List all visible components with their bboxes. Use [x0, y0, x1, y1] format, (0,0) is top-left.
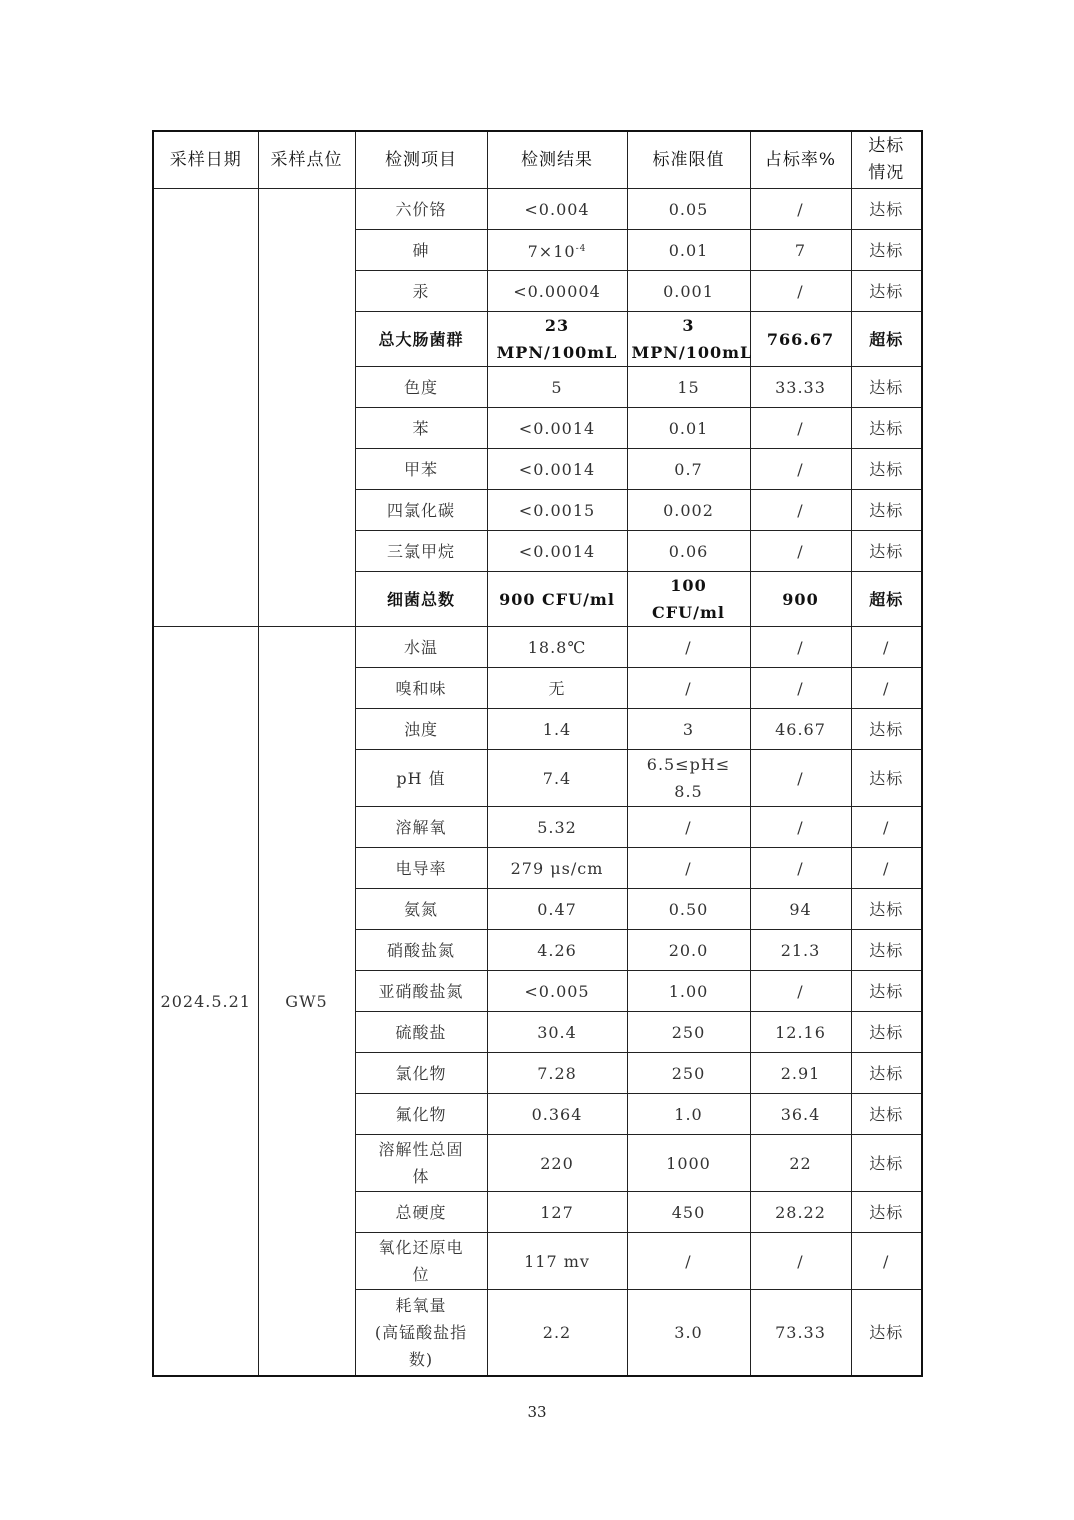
item-cell: 电导率: [355, 848, 487, 889]
result-cell: <0.0014: [487, 449, 627, 490]
ratio-cell: /: [750, 1233, 851, 1290]
header-compliance-line2: 情况: [868, 163, 904, 183]
result-cell: 0.47: [487, 889, 627, 930]
status-cell: 达标: [851, 230, 922, 271]
table-row: 2024.5.21 GW5 水温 18.8℃ / / /: [153, 627, 922, 668]
item-cell: 四氯化碳: [355, 490, 487, 531]
limit-cell: 3.0: [627, 1290, 750, 1377]
result-cell: 7.28: [487, 1053, 627, 1094]
item-cell: pH 值: [355, 750, 487, 807]
header-sampling-site: 采样点位: [258, 131, 355, 189]
limit-cell: /: [627, 627, 750, 668]
item-line3: 数): [409, 1350, 433, 1369]
ratio-cell: 766.67: [750, 312, 851, 367]
limit-cell: 1.00: [627, 971, 750, 1012]
ratio-cell: 36.4: [750, 1094, 851, 1135]
item-cell: 氯化物: [355, 1053, 487, 1094]
limit-line2: 8.5: [674, 782, 702, 801]
item-cell: 总硬度: [355, 1192, 487, 1233]
limit-cell: /: [627, 848, 750, 889]
status-cell: 达标: [851, 490, 922, 531]
status-cell: 超标: [851, 572, 922, 627]
result-cell: <0.00004: [487, 271, 627, 312]
item-line1: 耗氧量: [395, 1296, 446, 1315]
ratio-cell: /: [750, 807, 851, 848]
item-cell: 六价铬: [355, 189, 487, 230]
item-cell: 溶解性总固体: [355, 1135, 487, 1192]
header-standard-limit: 标准限值: [627, 131, 750, 189]
status-cell: 达标: [851, 1094, 922, 1135]
item-cell: 汞: [355, 271, 487, 312]
header-compliance: 达标情况: [851, 131, 922, 189]
result-cell: 4.26: [487, 930, 627, 971]
result-cell: 23 MPN/100mL: [487, 312, 627, 367]
header-test-item: 检测项目: [355, 131, 487, 189]
status-cell: 达标: [851, 1012, 922, 1053]
limit-cell: 100 CFU/ml: [627, 572, 750, 627]
ratio-cell: /: [750, 189, 851, 230]
result-cell: <0.005: [487, 971, 627, 1012]
status-cell: 达标: [851, 1192, 922, 1233]
item-cell: 嗅和味: [355, 668, 487, 709]
item-cell: 氨氮: [355, 889, 487, 930]
ratio-cell: 12.16: [750, 1012, 851, 1053]
limit-cell: 0.01: [627, 230, 750, 271]
result-cell: <0.0014: [487, 531, 627, 572]
status-cell: /: [851, 848, 922, 889]
ratio-cell: /: [750, 531, 851, 572]
ratio-cell: /: [750, 750, 851, 807]
limit-cell: 6.5≤pH≤8.5: [627, 750, 750, 807]
status-cell: 达标: [851, 449, 922, 490]
status-cell: 达标: [851, 367, 922, 408]
limit-cell: 15: [627, 367, 750, 408]
item-cell: 三氯甲烷: [355, 531, 487, 572]
result-cell: 18.8℃: [487, 627, 627, 668]
result-cell: 220: [487, 1135, 627, 1192]
sampling-date-cell: 2024.5.21: [153, 627, 258, 1377]
limit-cell: 0.002: [627, 490, 750, 531]
result-cell: 5: [487, 367, 627, 408]
item-cell: 砷: [355, 230, 487, 271]
result-cell: 30.4: [487, 1012, 627, 1053]
status-cell: 超标: [851, 312, 922, 367]
limit-cell: 3: [627, 709, 750, 750]
item-line2: 位: [412, 1265, 429, 1284]
result-cell: 7.4: [487, 750, 627, 807]
item-cell: 苯: [355, 408, 487, 449]
ratio-cell: /: [750, 408, 851, 449]
ratio-cell: 2.91: [750, 1053, 851, 1094]
ratio-cell: /: [750, 627, 851, 668]
result-cell: 127: [487, 1192, 627, 1233]
ratio-cell: /: [750, 490, 851, 531]
item-cell: 亚硝酸盐氮: [355, 971, 487, 1012]
ratio-cell: 900: [750, 572, 851, 627]
result-cell: <0.004: [487, 189, 627, 230]
item-cell: 浊度: [355, 709, 487, 750]
item-cell: 硝酸盐氮: [355, 930, 487, 971]
limit-cell: 3 MPN/100mL: [627, 312, 750, 367]
ratio-cell: 33.33: [750, 367, 851, 408]
result-cell: 2.2: [487, 1290, 627, 1377]
item-line1: 溶解性总固: [378, 1140, 463, 1159]
limit-cell: 250: [627, 1053, 750, 1094]
ratio-cell: /: [750, 668, 851, 709]
result-cell: 900 CFU/ml: [487, 572, 627, 627]
document-page: 采样日期 采样点位 检测项目 检测结果 标准限值 占标率% 达标情况 六价铬 <…: [0, 0, 1074, 1520]
status-cell: 达标: [851, 189, 922, 230]
limit-cell: 1.0: [627, 1094, 750, 1135]
ratio-cell: /: [750, 848, 851, 889]
result-cell: 5.32: [487, 807, 627, 848]
item-cell: 甲苯: [355, 449, 487, 490]
limit-cell: 20.0: [627, 930, 750, 971]
ratio-cell: 73.33: [750, 1290, 851, 1377]
ratio-cell: /: [750, 971, 851, 1012]
sampling-site-cell: [258, 189, 355, 627]
status-cell: /: [851, 668, 922, 709]
ratio-cell: 22: [750, 1135, 851, 1192]
limit-cell: 450: [627, 1192, 750, 1233]
table-row: 六价铬 <0.004 0.05 / 达标: [153, 189, 922, 230]
sampling-site-cell: GW5: [258, 627, 355, 1377]
status-cell: 达标: [851, 271, 922, 312]
status-cell: 达标: [851, 1290, 922, 1377]
result-cell: 无: [487, 668, 627, 709]
ratio-cell: 46.67: [750, 709, 851, 750]
limit-cell: 0.01: [627, 408, 750, 449]
limit-cell: 0.50: [627, 889, 750, 930]
limit-cell: 250: [627, 1012, 750, 1053]
water-quality-table: 采样日期 采样点位 检测项目 检测结果 标准限值 占标率% 达标情况 六价铬 <…: [152, 130, 923, 1377]
limit-cell: 0.7: [627, 449, 750, 490]
status-cell: 达标: [851, 889, 922, 930]
item-cell: 耗氧量(高锰酸盐指数): [355, 1290, 487, 1377]
result-cell: 0.364: [487, 1094, 627, 1135]
header-ratio: 占标率%: [750, 131, 851, 189]
page-number: 33: [0, 1403, 1074, 1421]
item-line2: 体: [412, 1167, 429, 1186]
status-cell: 达标: [851, 750, 922, 807]
sampling-date-cell: [153, 189, 258, 627]
ratio-cell: 7: [750, 230, 851, 271]
ratio-cell: 94: [750, 889, 851, 930]
item-line1: 氧化还原电: [378, 1238, 463, 1257]
item-cell: 色度: [355, 367, 487, 408]
item-line2: (高锰酸盐指: [375, 1323, 467, 1342]
limit-cell: 0.06: [627, 531, 750, 572]
result-cell: 279 μs/cm: [487, 848, 627, 889]
status-cell: 达标: [851, 408, 922, 449]
ratio-cell: /: [750, 271, 851, 312]
limit-line1: 6.5≤pH≤: [647, 755, 730, 774]
item-cell: 氟化物: [355, 1094, 487, 1135]
limit-cell: /: [627, 1233, 750, 1290]
status-cell: 达标: [851, 531, 922, 572]
status-cell: 达标: [851, 1053, 922, 1094]
status-cell: 达标: [851, 971, 922, 1012]
result-cell: 7×10-4: [487, 230, 627, 271]
ratio-cell: /: [750, 449, 851, 490]
table-header-row: 采样日期 采样点位 检测项目 检测结果 标准限值 占标率% 达标情况: [153, 131, 922, 189]
ratio-cell: 28.22: [750, 1192, 851, 1233]
result-cell: <0.0015: [487, 490, 627, 531]
item-cell: 氧化还原电位: [355, 1233, 487, 1290]
result-cell: 117 mv: [487, 1233, 627, 1290]
limit-cell: /: [627, 807, 750, 848]
header-sampling-date: 采样日期: [153, 131, 258, 189]
item-cell: 细菌总数: [355, 572, 487, 627]
status-cell: /: [851, 627, 922, 668]
item-cell: 硫酸盐: [355, 1012, 487, 1053]
result-exponent: -4: [576, 244, 587, 254]
status-cell: 达标: [851, 930, 922, 971]
item-cell: 水温: [355, 627, 487, 668]
header-test-result: 检测结果: [487, 131, 627, 189]
limit-cell: /: [627, 668, 750, 709]
limit-cell: 0.05: [627, 189, 750, 230]
item-cell: 总大肠菌群: [355, 312, 487, 367]
status-cell: /: [851, 1233, 922, 1290]
result-cell: 1.4: [487, 709, 627, 750]
result-cell: <0.0014: [487, 408, 627, 449]
ratio-cell: 21.3: [750, 930, 851, 971]
item-cell: 溶解氧: [355, 807, 487, 848]
result-base: 7×10: [528, 242, 576, 261]
header-compliance-line1: 达标: [868, 136, 904, 156]
status-cell: 达标: [851, 709, 922, 750]
limit-cell: 1000: [627, 1135, 750, 1192]
status-cell: 达标: [851, 1135, 922, 1192]
status-cell: /: [851, 807, 922, 848]
limit-cell: 0.001: [627, 271, 750, 312]
